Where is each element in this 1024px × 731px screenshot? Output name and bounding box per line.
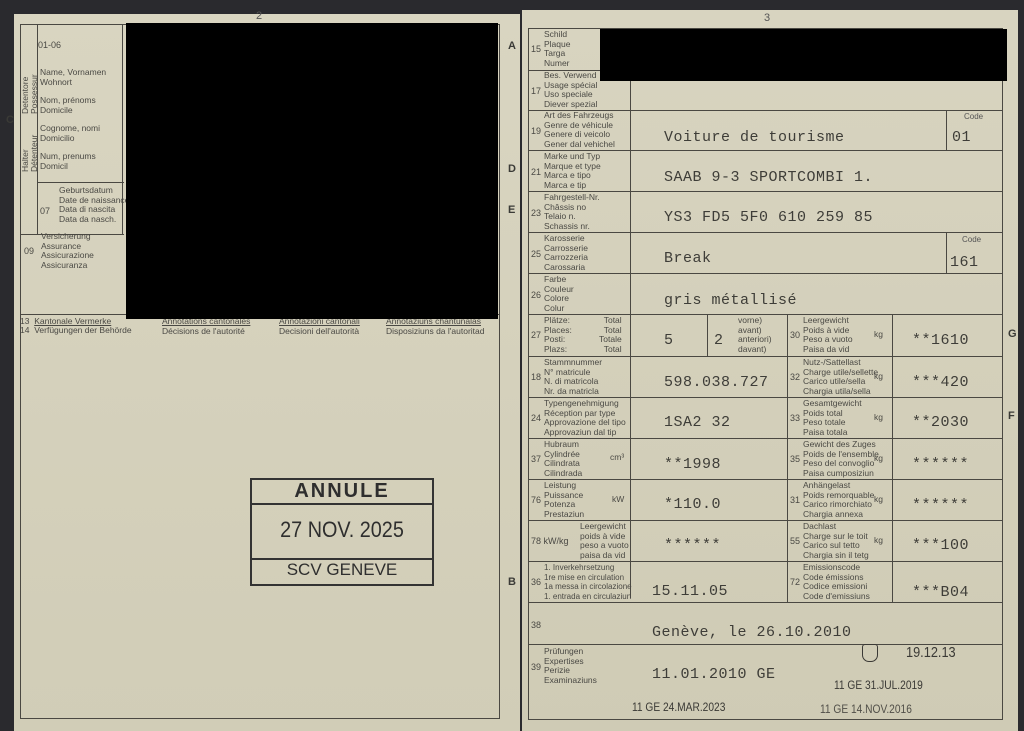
frame-line (20, 314, 21, 719)
field-num: 72 (790, 577, 800, 587)
stamp-date: 27 NOV. 2025 (261, 517, 423, 543)
field-num: 36 (531, 577, 541, 587)
unit-kg: kg (874, 454, 883, 464)
vehicle-type-label: Art des FahrzeugsGenre de véhiculeGenere… (544, 111, 615, 149)
field-num: 38 (531, 620, 541, 630)
make-model-label: Marke und TypMarque et typeMarca e tipoM… (544, 152, 601, 190)
matricule-label: StammnummerN° matriculeN. di matricolaNr… (544, 358, 602, 396)
total-weight-label: GesamtgewichtPoids totalPeso totalePaisa… (803, 399, 862, 437)
insurance-label: VersicherungAssuranceAssicurazioneAssicu… (41, 232, 94, 270)
type-approval-label: TypengenehmigungRéception par typeApprov… (544, 399, 626, 437)
side-letter-a: A (508, 40, 516, 52)
holder-divider (37, 24, 38, 234)
power-unit: kW (612, 495, 624, 505)
body-label: KarosserieCarrosserieCarrozzeriaCarossar… (544, 234, 588, 272)
code-label: Code (962, 235, 981, 244)
insurance-num: 09 (24, 246, 34, 256)
inspections-label: PrüfungenExpertisesPerizieExaminaziuns (544, 647, 597, 685)
row-line (528, 314, 1003, 315)
row-line (528, 479, 1003, 480)
holder-vertical-label: Possessur (30, 74, 39, 114)
inspection-stamp: 11 GE 31.JUL.2019 (834, 678, 923, 692)
frame-line (499, 24, 500, 719)
stamp-office: SCV GENEVE (252, 560, 432, 580)
section-letter-c: C (6, 114, 14, 126)
displacement-unit: cm³ (610, 453, 624, 463)
page-number-left: 2 (256, 10, 262, 22)
field-num: 76 (531, 495, 541, 505)
field-num: 78 kW/kg (531, 536, 569, 546)
right-page: 3 A D E B G F 15 SchildPlaqueTargaNumer … (522, 10, 1018, 731)
power-label: LeistungPuissancePotenzaPrestaziun (544, 481, 584, 519)
frame-line (528, 719, 1003, 720)
side-letter-g: G (1008, 328, 1017, 340)
emission-code-label: EmissionscodeCode émissionsCodice emissi… (803, 563, 870, 601)
payload-label: Nutz-/SattellastCharge utile/selletteCar… (803, 358, 878, 396)
place-date-value: Genève, le 26.10.2010 (652, 624, 852, 641)
code-divider (946, 232, 947, 273)
unit-kg: kg (874, 495, 883, 505)
field-num: 31 (790, 495, 800, 505)
inspection-stamp: 11 GE 14.NOV.2016 (820, 702, 912, 716)
birthdate-divider (37, 182, 124, 183)
field-num: 37 (531, 454, 541, 464)
row-line (528, 561, 1003, 562)
seats-total-label: TotalTotalTotaleTotal (599, 316, 622, 354)
displacement-label: HubraumCylindréeCilindrataCilindrada (544, 440, 582, 478)
field-num: 17 (531, 86, 541, 96)
frame-line (528, 28, 529, 720)
notes-fr: Annotations cantonalesDécisions de l'aut… (162, 317, 250, 336)
canton-shield-icon (862, 644, 878, 662)
power-value: *110.0 (664, 496, 721, 513)
seats-label: Plätze:Places:Posti:Plazs: (544, 316, 572, 354)
empty-weight-label: LeergewichtPoids à videPeso a vuotoPaisa… (803, 316, 853, 354)
column-divider (892, 314, 893, 602)
birthdate-num: 07 (40, 206, 50, 216)
holder-vertical-label: Détenteur (30, 135, 39, 172)
side-letter-e: E (508, 204, 515, 216)
side-letter-b: B (508, 576, 516, 588)
train-weight-label: Gewicht des ZugesPoids de l'ensemblePeso… (803, 440, 879, 478)
field-num: 27 (531, 330, 541, 340)
inspection-stamp: 11 GE 24.MAR.2023 (632, 700, 725, 714)
seats-front-label: vorne)avant)anteriori)davant) (738, 316, 772, 354)
side-letter-d: D (508, 163, 516, 175)
column-divider (787, 314, 788, 602)
seats-total-value: 5 (664, 332, 674, 349)
field-num: 15 (531, 44, 541, 54)
total-weight-value: **2030 (912, 414, 969, 431)
power-weight-value: ****** (664, 537, 721, 554)
field-num: 24 (531, 413, 541, 423)
code-range: 01-06 (38, 40, 61, 50)
unit-kg: kg (874, 413, 883, 423)
redacted-plate (600, 29, 1007, 81)
emission-code-value: ***B04 (912, 584, 969, 601)
inspection-stamp: 19.12.13 (906, 644, 956, 661)
holder-field-label: Name, VornamenWohnort (40, 68, 106, 87)
field-num: 26 (531, 290, 541, 300)
trailer-load-value: ****** (912, 497, 969, 514)
row-line (528, 273, 1003, 274)
field-num: 39 (531, 662, 541, 672)
frame-line (20, 718, 500, 719)
inspections-value: 11.01.2010 GE (652, 666, 776, 683)
row-line (528, 602, 1003, 603)
chassis-label: Fahrgestell-Nr.Châssis noTelaio n.Schass… (544, 193, 600, 231)
frame-line (1002, 28, 1003, 720)
field-num: 32 (790, 372, 800, 382)
unit-kg: kg (874, 330, 883, 340)
field-num: 19 (531, 126, 541, 136)
field-num: 30 (790, 330, 800, 340)
left-page: 2 C 01-06 Halter Détenteur Detentore Pos… (14, 14, 520, 731)
field-num: 23 (531, 208, 541, 218)
birthdate-label: GeburtsdatumDate de naissanceData di nas… (59, 186, 129, 224)
displacement-value: **1998 (664, 456, 721, 473)
code-divider (946, 110, 947, 150)
empty-weight-value: **1610 (912, 332, 969, 349)
stamp-title: ANNULE (252, 480, 432, 503)
field-num: 25 (531, 249, 541, 259)
chassis-value: YS3 FD5 5F0 610 259 85 (664, 209, 873, 226)
roof-load-label: DachlastCharge sur le toitCarico sul tet… (803, 522, 869, 560)
unit-kg: kg (874, 536, 883, 546)
first-registration-value: 15.11.05 (652, 583, 728, 600)
roof-load-value: ***100 (912, 537, 969, 554)
frame-line (20, 24, 21, 324)
make-model-value: SAAB 9-3 SPORTCOMBI 1. (664, 169, 873, 186)
color-label: FarbeCouleurColoreColur (544, 275, 574, 313)
train-weight-value: ****** (912, 456, 969, 473)
row-line (528, 232, 1003, 233)
unit-kg: kg (874, 372, 883, 382)
code-label: Code (964, 112, 983, 121)
plate-label: SchildPlaqueTargaNumer (544, 30, 570, 68)
special-use-label: Bes. VerwendUsage spécialUso specialeDie… (544, 71, 597, 109)
seats-front-value: 2 (714, 332, 724, 349)
vehicle-type-code: 01 (952, 129, 971, 146)
field-num: 21 (531, 167, 541, 177)
body-value: Break (664, 250, 712, 267)
field-num: 33 (790, 413, 800, 423)
holder-field-label: Nom, prénomsDomicile (40, 96, 96, 115)
body-code: 161 (950, 254, 979, 271)
vehicle-type-value: Voiture de tourisme (664, 129, 845, 146)
holder-field-label: Num, prenumsDomicil (40, 152, 96, 171)
type-approval-value: 1SA2 32 (664, 414, 731, 431)
redacted-holder-info (126, 23, 498, 319)
field-num: 55 (790, 536, 800, 546)
matricule-value: 598.038.727 (664, 374, 769, 391)
field-num: 35 (790, 454, 800, 464)
trailer-load-label: AnhängelastPoids remorquableCarico rimor… (803, 481, 874, 519)
field-num: 18 (531, 372, 541, 382)
notes-row-14: 14 Verfügungen der Behörde (20, 326, 132, 336)
seats-divider (707, 314, 708, 356)
page-number-right: 3 (764, 12, 770, 24)
payload-value: ***420 (912, 374, 969, 391)
notes-it: Annotazioni cantonaliDecisioni dell'auto… (279, 317, 360, 336)
row-line (528, 438, 1003, 439)
first-registration-label: 1. Inverkehrsetzung1re mise en circulati… (544, 563, 632, 601)
power-weight-label: Leergewichtpoids à videpeso a vuotopaisa… (580, 522, 629, 560)
holder-field-label: Cognome, nomiDomicilio (40, 124, 100, 143)
color-value: gris métallisé (664, 292, 797, 309)
notes-rm: Annotaziuns chantunalasDisposiziuns da l… (386, 317, 484, 336)
stamp-divider (252, 503, 432, 505)
cancel-stamp: ANNULE 27 NOV. 2025 SCV GENEVE (250, 478, 434, 586)
side-letter-f: F (1008, 410, 1015, 422)
